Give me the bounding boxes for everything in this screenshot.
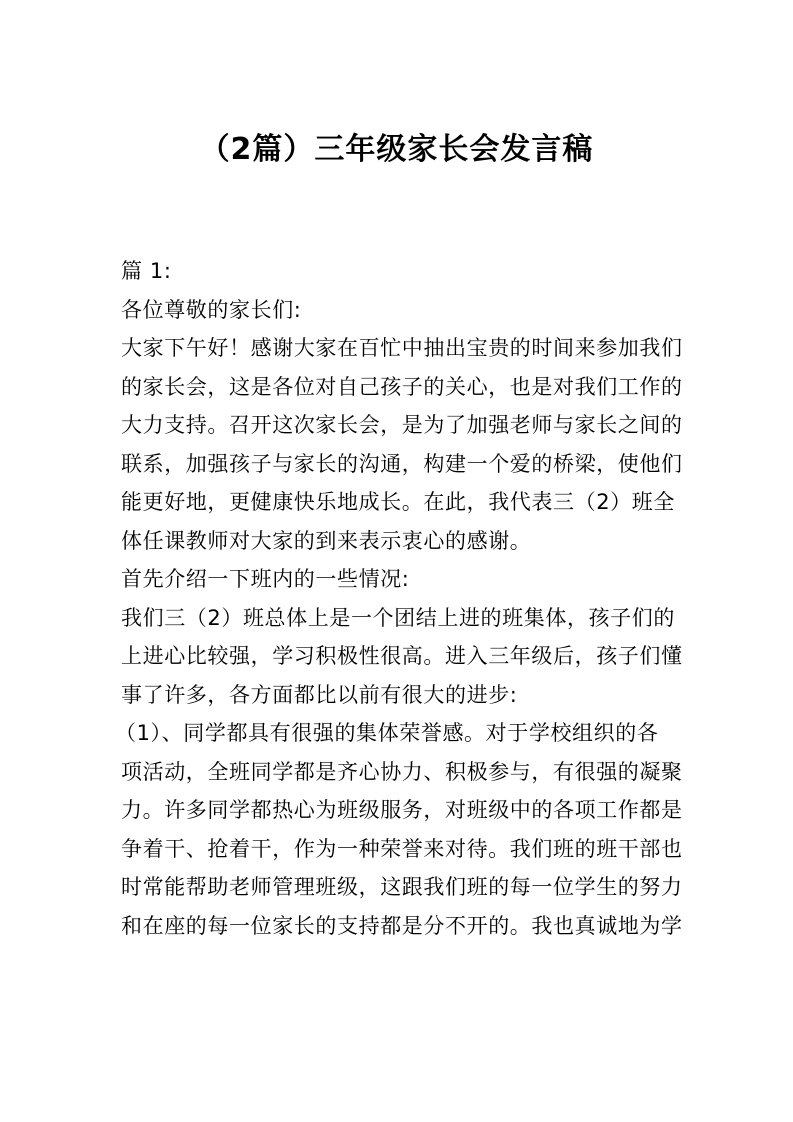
paragraph-line: 大家下午好！感谢大家在百忙中抽出宝贵的时间来参加我们 (121, 329, 681, 368)
section-heading: 篇 1: (121, 252, 681, 291)
document-title: （2篇）三年级家长会发言稿 (0, 128, 793, 172)
document-page: （2篇）三年级家长会发言稿 篇 1: 各位尊敬的家长们: 大家下午好！感谢大家在… (0, 0, 793, 1122)
salutation: 各位尊敬的家长们: (121, 291, 681, 330)
paragraph-line: 力。许多同学都热心为班级服务，对班级中的各项工作都是 (121, 791, 681, 830)
paragraph-line: 和在座的每一位家长的支持都是分不开的。我也真诚地为学 (121, 907, 681, 946)
paragraph-line: 的家长会，这是各位对自己孩子的关心，也是对我们工作的 (121, 368, 681, 407)
list-item-line: （1）、同学都具有很强的集体荣誉感。对于学校组织的各 (115, 714, 681, 753)
paragraph-line: 争着干、抢着干，作为一种荣誉来对待。我们班的班干部也 (121, 830, 681, 869)
paragraph-line: 事了许多，各方面都比以前有很大的进步: (121, 676, 681, 715)
paragraph-line: 体任课教师对大家的到来表示衷心的感谢。 (121, 522, 681, 561)
paragraph-line: 大力支持。召开这次家长会，是为了加强老师与家长之间的 (121, 406, 681, 445)
paragraph-line: 时常能帮助老师管理班级，这跟我们班的每一位学生的努力 (121, 868, 681, 907)
paragraph-line: 首先介绍一下班内的一些情况: (121, 560, 681, 599)
paragraph-line: 我们三（2）班总体上是一个团结上进的班集体，孩子们的 (121, 599, 681, 638)
document-body: 篇 1: 各位尊敬的家长们: 大家下午好！感谢大家在百忙中抽出宝贵的时间来参加我… (121, 252, 681, 945)
paragraph-line: 项活动，全班同学都是齐心协力、积极参与，有很强的凝聚 (121, 753, 681, 792)
paragraph-line: 上进心比较强，学习积极性很高。进入三年级后，孩子们懂 (121, 637, 681, 676)
paragraph-line: 能更好地，更健康快乐地成长。在此，我代表三（2）班全 (121, 483, 681, 522)
paragraph-line: 联系，加强孩子与家长的沟通，构建一个爱的桥梁，使他们 (121, 445, 681, 484)
